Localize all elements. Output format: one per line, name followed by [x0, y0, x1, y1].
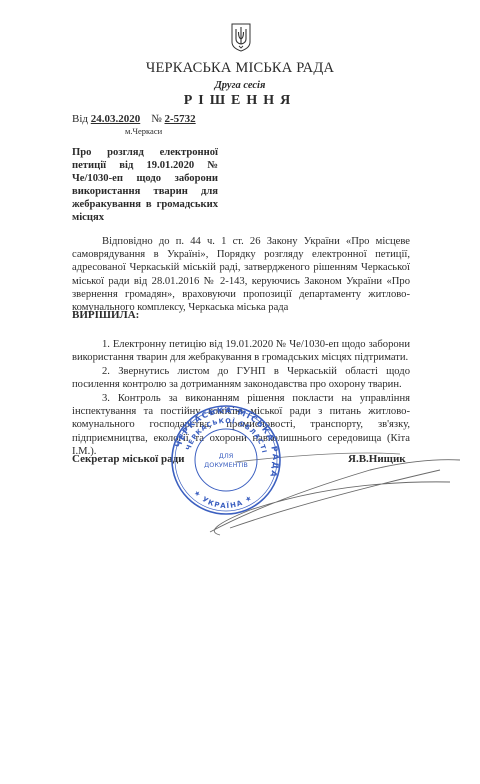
subject-line: місцях	[72, 211, 218, 224]
from-label: Від	[72, 113, 88, 125]
council-name: ЧЕРКАСЬКА МІСЬКА РАДА	[0, 60, 480, 77]
resolution-item: 1. Електронну петицію від 19.01.2020 № Ч…	[72, 338, 410, 365]
subject-line: Про розгляд електронної	[72, 147, 218, 158]
subject-line: Че/1030-еп щодо заборони	[72, 173, 218, 184]
official-stamp: ЧЕРКАСЬКА МІСЬКА РАДА ЧЕРКАСЬКОЇ ОБЛАСТІ…	[170, 404, 282, 516]
stamp-center-line1: ДЛЯ	[219, 452, 233, 460]
resolution-item: 2. Звернутись листом до ГУНП в Черкаські…	[72, 365, 410, 392]
decision-date: 24.03.2020	[91, 113, 141, 125]
document-type-title: РІШЕННЯ	[0, 93, 480, 109]
subject-line: використання тварин для	[72, 186, 218, 197]
preamble-paragraph: Відповідно до п. 44 ч. 1 ст. 26 Закону У…	[72, 235, 410, 314]
subject-line: жебракування в громадських	[72, 199, 218, 210]
document-page: ЧЕРКАСЬКА МІСЬКА РАДА Друга сесія РІШЕНН…	[0, 0, 480, 784]
decision-number: 2-5732	[165, 113, 196, 125]
subject-line: петиції від 19.01.2020 №	[72, 160, 218, 171]
decision-subject: Про розгляд електронної петиції від 19.0…	[72, 146, 218, 224]
stamp-bottom-text: ★ УКРАЇНА ★	[192, 489, 254, 510]
svg-text:★ УКРАЇНА ★: ★ УКРАЇНА ★	[192, 489, 254, 510]
signatory-title: Секретар міської ради	[72, 453, 184, 465]
dateline: Від 24.03.2020 № 2-5732	[72, 113, 196, 125]
city-label: м.Черкаси	[125, 126, 162, 136]
session-label: Друга сесія	[0, 80, 480, 91]
number-label: №	[151, 113, 162, 125]
trident-coat-of-arms-icon	[230, 22, 252, 52]
stamp-center-line2: ДОКУМЕНТІВ	[204, 461, 248, 469]
resolved-heading: ВИРІШИЛА:	[72, 309, 139, 321]
